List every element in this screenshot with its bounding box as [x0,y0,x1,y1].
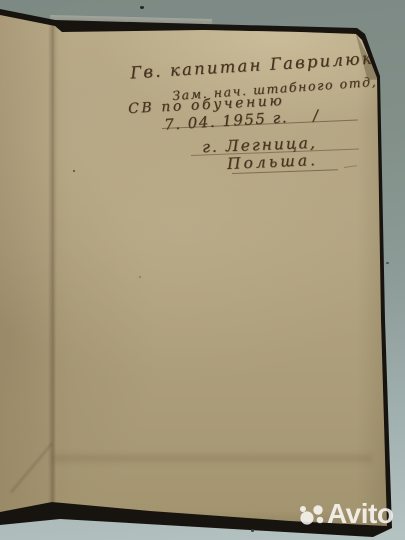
page-wrinkle [52,452,372,465]
dust-speck [73,170,75,172]
avito-watermark: Avito [295,496,401,532]
photo-frame: Гв. капитан Гаврилюк Зам. нач. штабного … [0,0,405,540]
avito-circles-icon [297,503,327,527]
dust-speck [251,529,254,532]
book-flyleaf-page: Гв. капитан Гаврилюк Зам. нач. штабного … [0,0,405,540]
page-corner-crease [10,443,53,493]
dust-speck [140,6,144,9]
dust-speck [386,262,389,264]
avito-wordmark: Avito [327,498,393,530]
dust-speck [139,276,141,278]
ink-flourish [344,165,357,168]
